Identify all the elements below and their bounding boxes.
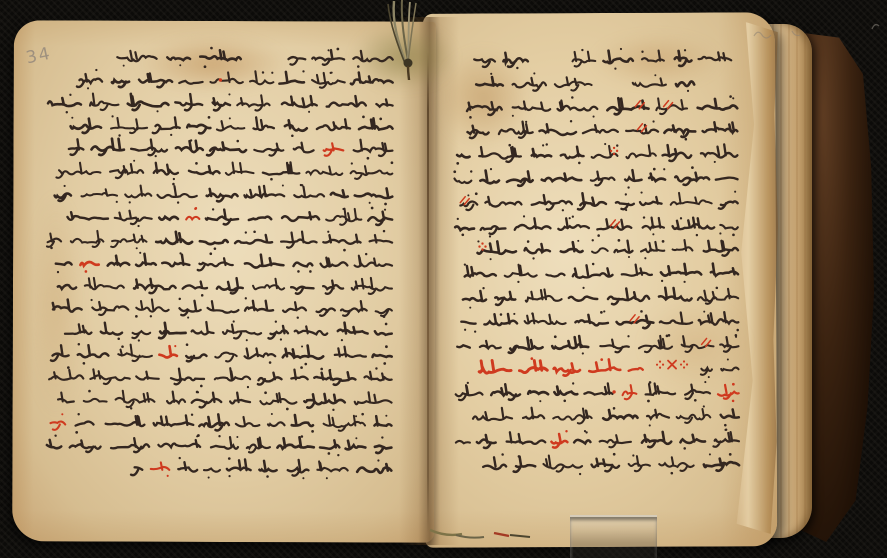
pencil-scribble-top-right	[750, 24, 822, 44]
binding-tassel	[368, 0, 444, 80]
acrylic-strip	[570, 515, 657, 558]
left-page-text	[43, 45, 393, 492]
chalk-speck-top-right	[870, 20, 884, 34]
gutter-crease-line	[427, 52, 429, 534]
text-line	[453, 452, 739, 479]
right-page-text	[451, 47, 739, 478]
manuscript-photo: 34	[0, 0, 887, 558]
text-line	[43, 457, 391, 484]
loose-binding-threads	[426, 522, 538, 548]
